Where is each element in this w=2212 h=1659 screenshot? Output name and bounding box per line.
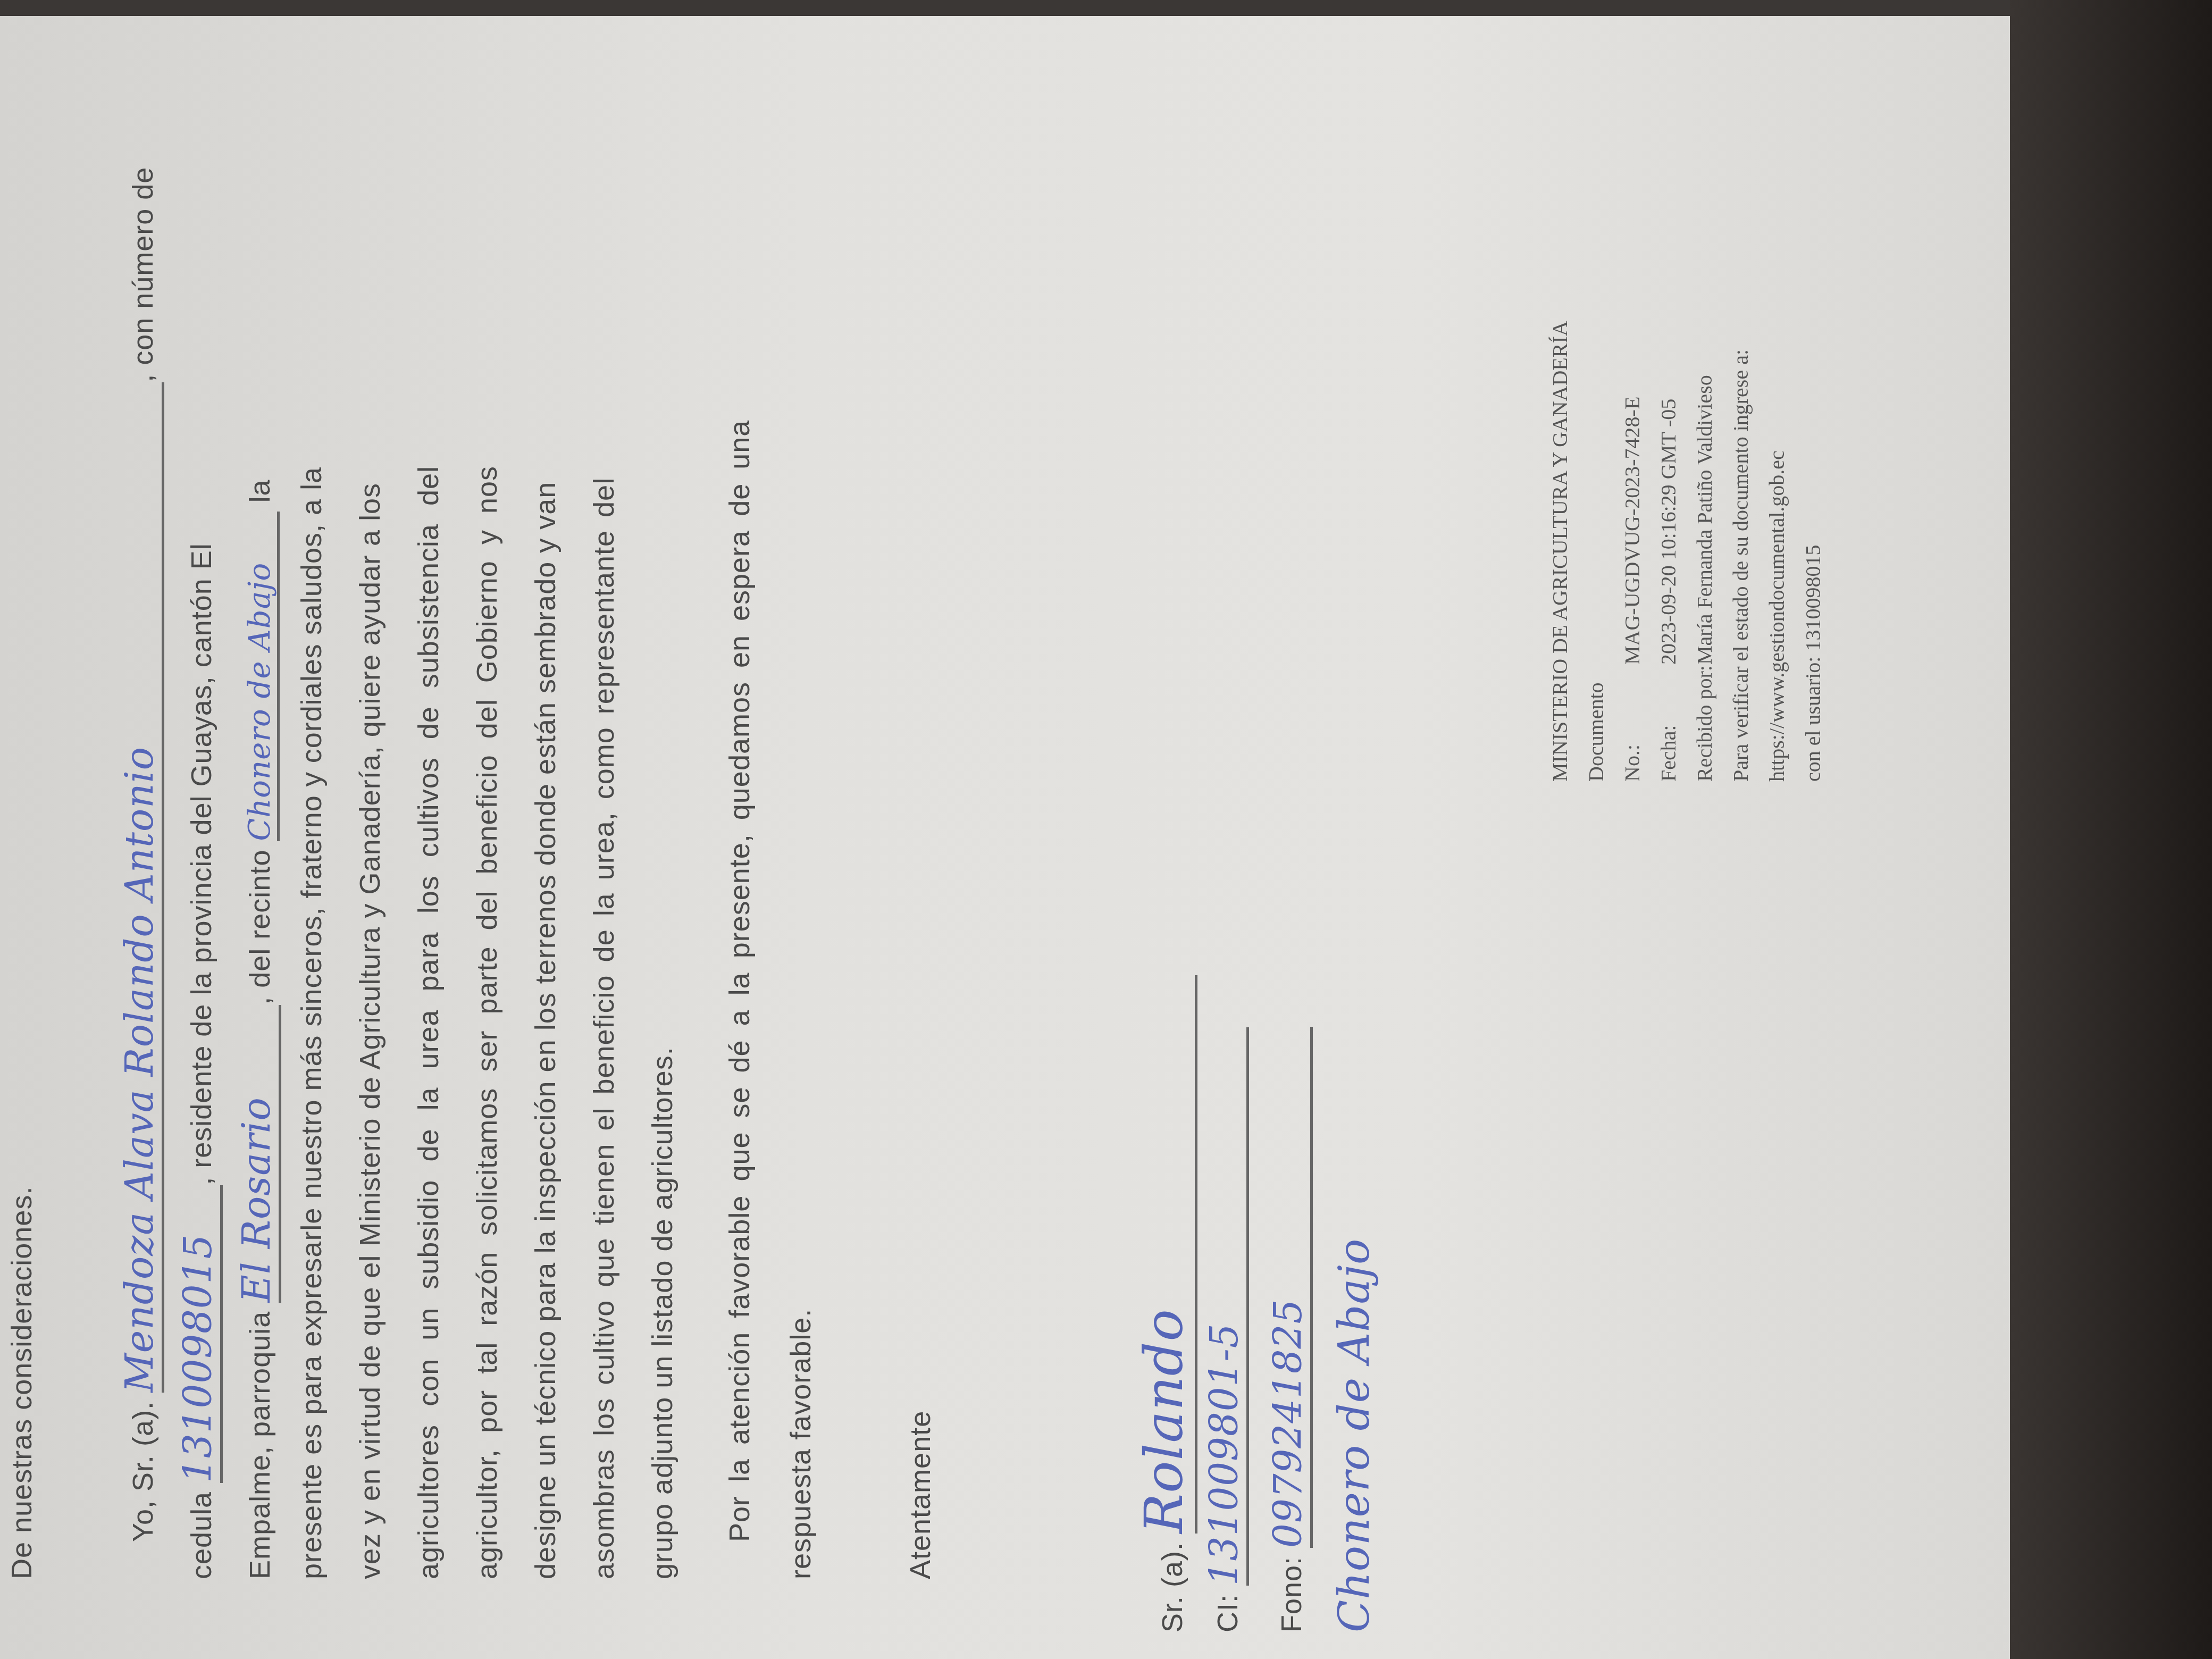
parroquia-field: El Rosario xyxy=(234,1005,281,1303)
signature-location: Chonero de Abajo xyxy=(1329,1238,1379,1632)
signature-fono-row: Fono: 0979241825 xyxy=(1266,1027,1313,1632)
p1-line8: designe un técnico para la inspección en… xyxy=(529,482,562,1579)
stamp-user: con el usuario: 1310098015 xyxy=(1795,321,1831,782)
p1-line5: vez y en virtud de que el Ministerio de … xyxy=(354,483,387,1579)
stamp-url: https://www.gestiondocumental.gob.ec xyxy=(1759,321,1795,782)
name-field: Mendoza Alava Rolando Antonio xyxy=(117,382,164,1393)
background-table xyxy=(2010,0,2212,1659)
stamp-row-date: Fecha:2023-09-20 10:16:29 GMT -05 xyxy=(1650,321,1687,782)
p1-line9: asombras los cultivo que tienen el benef… xyxy=(588,477,621,1579)
reception-stamp: MINISTERIO DE AGRICULTURA Y GANADERÍA Do… xyxy=(1542,321,1831,782)
stamp-row-received: Recibido por:María Fernanda Patiño Valdi… xyxy=(1687,321,1723,782)
signature-field: Rolando xyxy=(1133,975,1197,1534)
recinto-field: Chonero de Abajo xyxy=(242,512,280,841)
letter-page: De nuestras consideraciones. Yo, Sr. (a)… xyxy=(0,16,2015,1659)
signature-name-row: Sr. (a). Rolando xyxy=(1133,975,1197,1632)
stamp-verify: Para verificar el estado de su documento… xyxy=(1723,321,1759,782)
p1-line6: agricultores con un subsidio de la urea … xyxy=(412,466,445,1579)
p2-line2: respuesta favorable. xyxy=(784,1309,817,1579)
cedula-field: 1310098015 xyxy=(175,1185,223,1483)
greeting-close: De nuestras consideraciones. xyxy=(5,1186,38,1579)
p1-line2: cedula 1310098015, residente de la provi… xyxy=(175,543,223,1579)
ci-field: 131009801-5 xyxy=(1202,1027,1249,1586)
p1-line1: Yo, Sr. (a). Mendoza Alava Rolando Anton… xyxy=(117,167,164,1542)
p1-line7: agricultor, por tal razón solicitamos se… xyxy=(471,466,504,1579)
p1-line3: Empalme, parroquia El Rosario, del recin… xyxy=(234,480,281,1579)
p1-line4: presente es para expresarle nuestro más … xyxy=(295,467,328,1579)
closing: Atentamente xyxy=(904,1411,937,1579)
stamp-row-document: Documento No.:MAG-UGDVUG-2023-7428-E xyxy=(1578,321,1650,782)
p2-line1: Por la atención favorable que se dé a la… xyxy=(723,420,756,1542)
stamp-title: MINISTERIO DE AGRICULTURA Y GANADERÍA xyxy=(1542,321,1578,782)
fono-field: 0979241825 xyxy=(1266,1027,1313,1548)
p1-line10: grupo adjunto un listado de agricultores… xyxy=(646,1046,679,1579)
signature-ci-row: CI: 131009801-5 xyxy=(1202,1027,1249,1632)
